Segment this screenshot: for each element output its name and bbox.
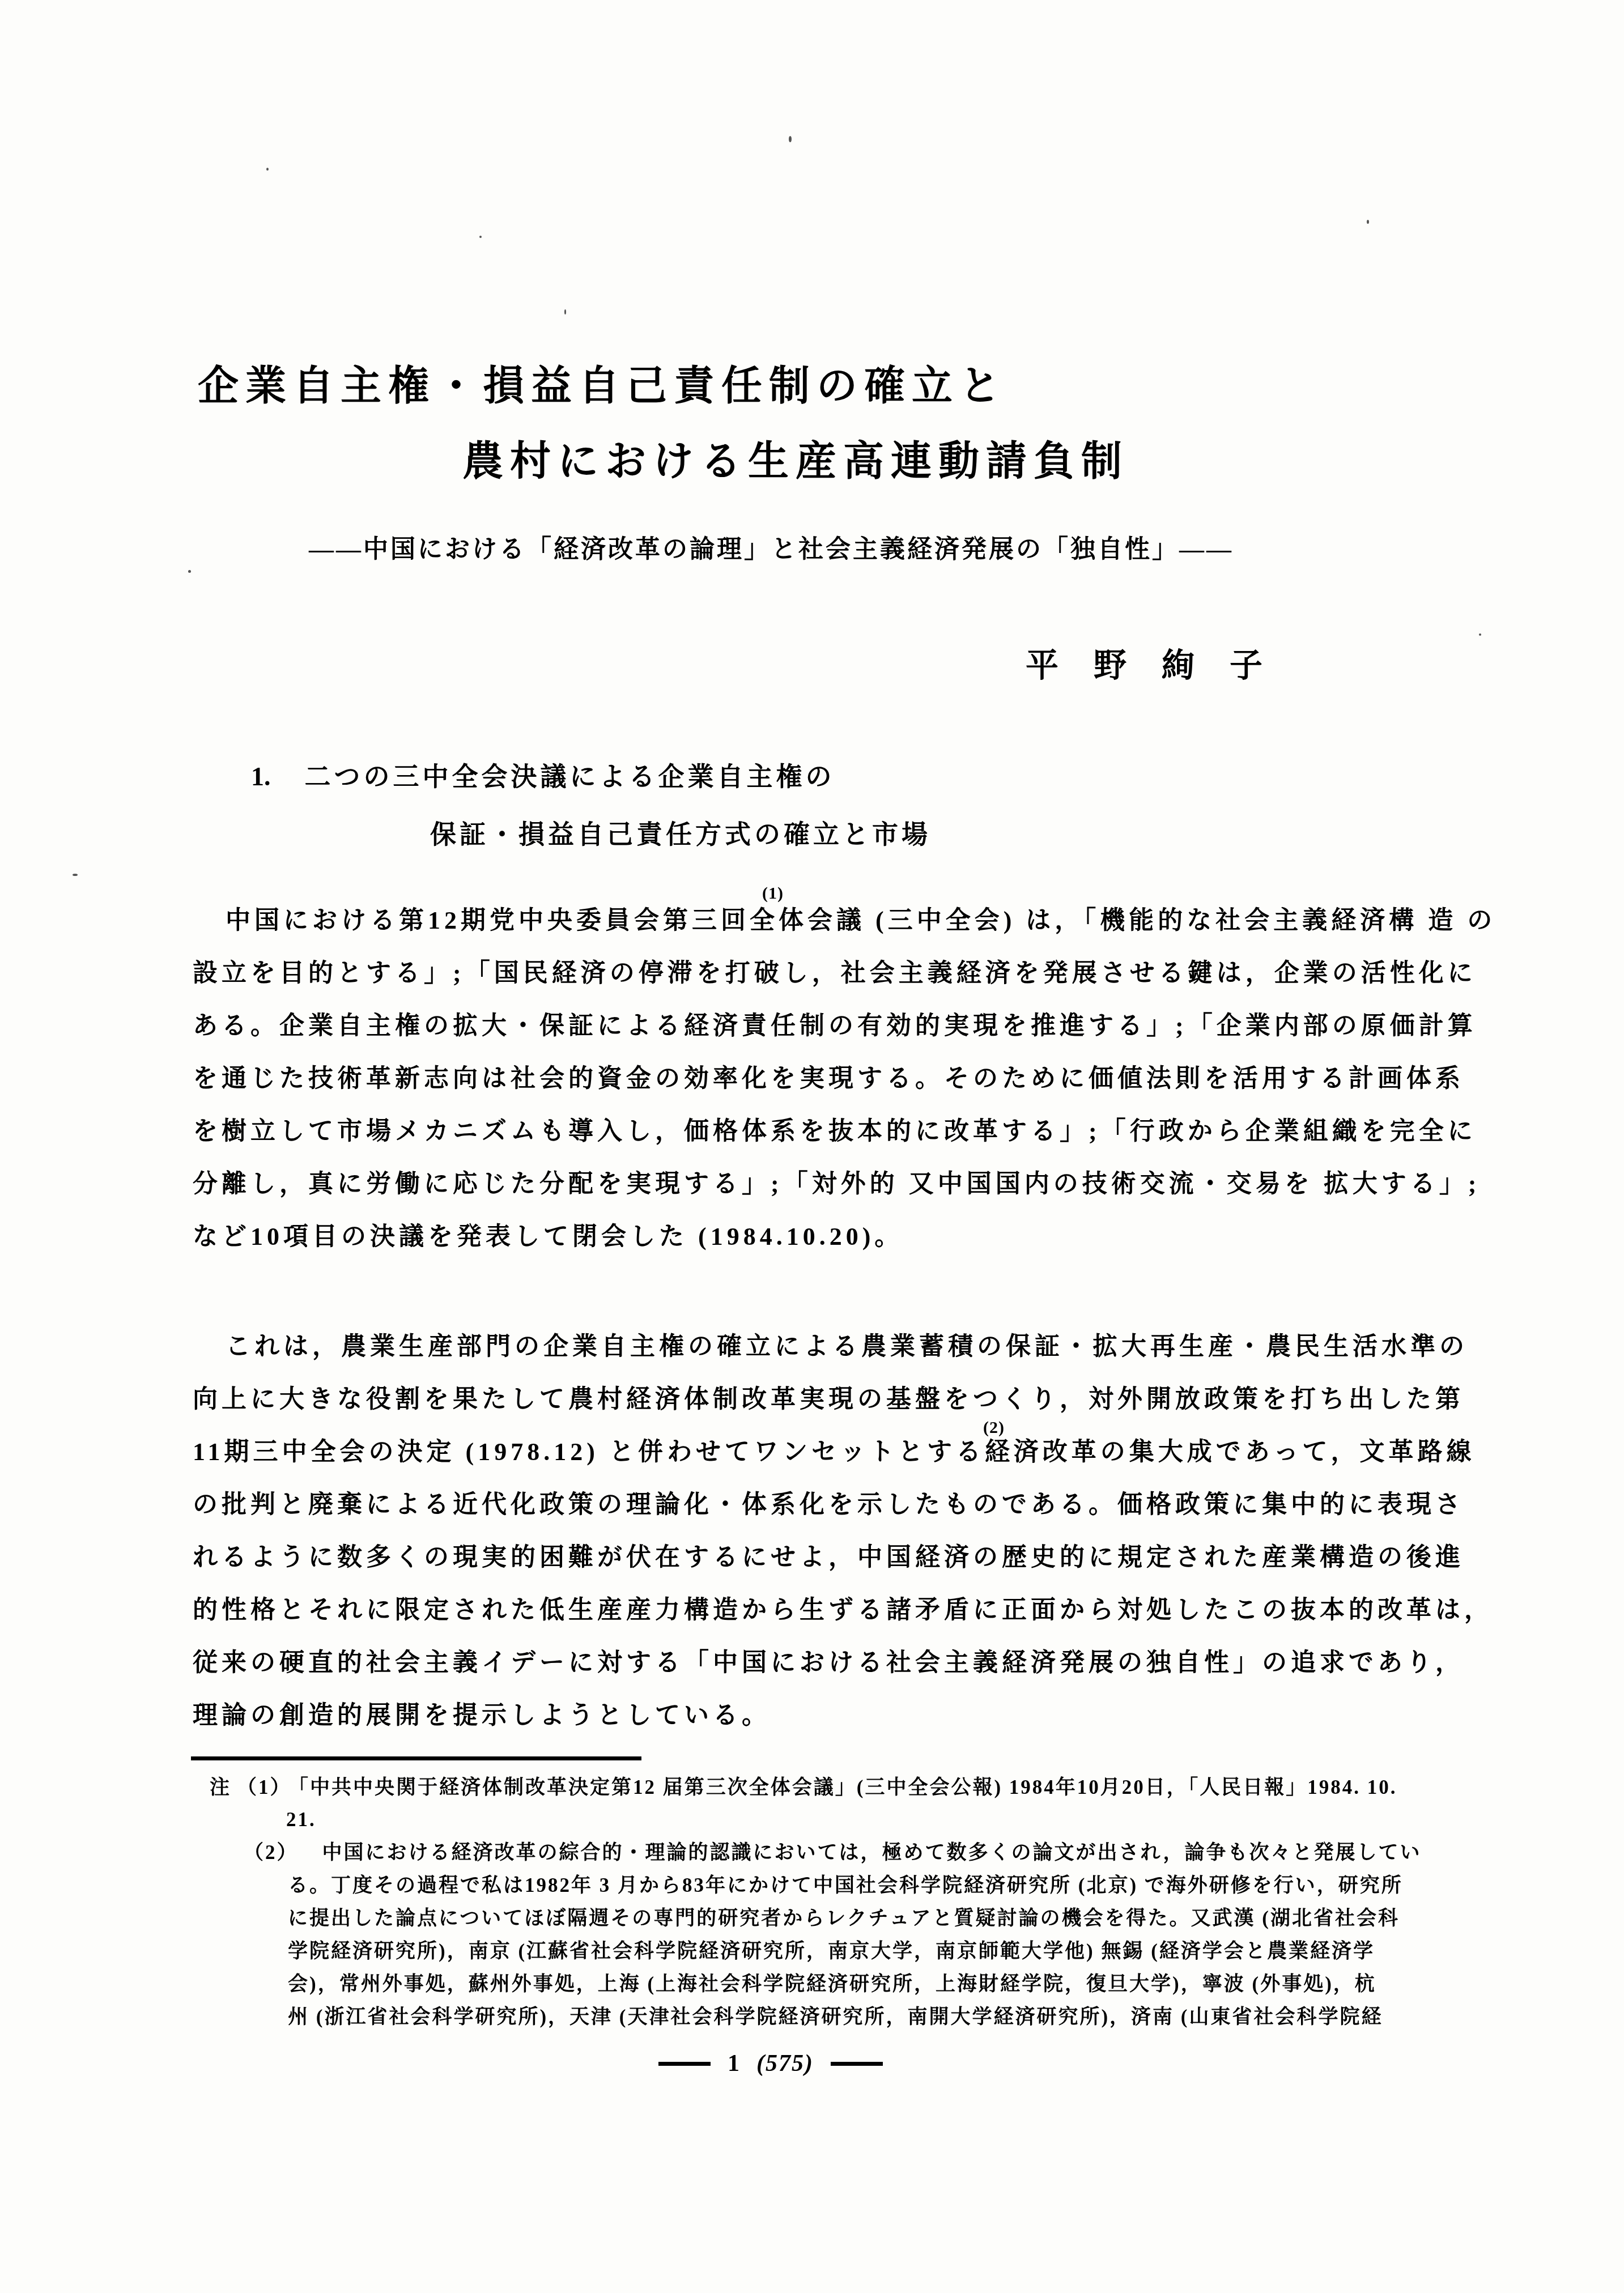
scan-speckle [73, 874, 78, 876]
body-line: 従来の硬直的社会主義イデーに対する「中国における社会主義経済発展の独自性」の追求… [193, 1650, 1464, 1675]
footnote-2-line3: に提出した論点についてほぼ隔週その専門的研究者からレクチュアと質疑討論の機会を得… [288, 1908, 1400, 1928]
footnote-label: 注 [210, 1776, 231, 1798]
footnote-2-marker: （2） [244, 1841, 299, 1864]
scan-speckle [1479, 633, 1481, 636]
body-line: れるように数多くの現実的困難が伏在するにせよ，中国経済の歴史的に規定された産業構… [193, 1545, 1464, 1570]
footnote-2-line2: る。丁度その過程で私は1982年 3 月から83年にかけて中国社会科学院経済研究… [288, 1875, 1403, 1895]
body-line: 中国における第12期党中央委員会第三回全体会議 (三中全会) は，「機能的な社会… [193, 908, 1496, 933]
body-line: を樹立して市場メカニズムも導入し，価格体系を抜本的に改革する」;「行政から企業組… [193, 1119, 1477, 1144]
footnote-1-marker: （1） [237, 1776, 292, 1798]
body-line: 設立を目的とする」;「国民経済の停滞を打破し，社会主義経済を発展させる鍵は，企業… [193, 961, 1477, 986]
page-number: 1 [728, 2052, 739, 2075]
footer-left-rule [658, 2062, 711, 2066]
page-subtitle: ――中国における「経済改革の論理」と社会主義経済発展の「独自性」―― [309, 537, 1234, 562]
author-name: 平野絢子 [1026, 649, 1298, 682]
body-line: 的性格とそれに限定された低生産産力構造から生ずる諸矛盾に正面から対処したこの抜本… [193, 1598, 1493, 1623]
footnote-1-line1: 注（1）「中共中央関于経済体制改革決定第12 届第三次全体会議」(三中全会公報)… [210, 1777, 1397, 1797]
page-title-line2: 農村における生産高連動請負制 [462, 441, 1129, 482]
footnote-2-line5: 会)，常州外事処，蘇州外事処，上海 (上海社会科学院経済研究所，上海財経学院，復… [288, 1974, 1376, 1994]
section-heading-line1: 1.二つの三中全会決議による企業自主権の [251, 764, 835, 790]
footnote-1-text: 「中共中央関于経済体制改革決定第12 届第三次全体会議」(三中全会公報) 198… [299, 1776, 1397, 1798]
body-line: など10項目の決議を発表して閉会した (1984.10.20)。 [193, 1224, 903, 1249]
body-line: これは，農業生産部門の企業自主権の確立による農業蓄積の保証・拡大再生産・農民生活… [193, 1334, 1468, 1359]
body-line: の批判と廃棄による近代化政策の理論化・体系化を示したものである。価格政策に集中的… [193, 1492, 1464, 1517]
footnote-2-line1: （2）中国における経済改革の綜合的・理論的認識においては，極めて数多くの論文が出… [244, 1843, 1422, 1862]
footnote-divider [191, 1756, 641, 1760]
footer-right-rule [831, 2062, 883, 2066]
body-line: 理論の創造的展開を提示しようとしている。 [193, 1703, 771, 1728]
scan-speckle [479, 236, 482, 238]
page-footer: 1 (575) [658, 2049, 883, 2078]
body-line: 分離し，真に労働に応じた分配を実現する」;「対外的 又中国国内の技術交流・交易を… [193, 1172, 1480, 1197]
body-line: ある。企業自主権の拡大・保証による経済責任制の有効的実現を推進する」;「企業内部… [193, 1014, 1477, 1039]
scan-speckle [564, 309, 566, 314]
scan-speckle [188, 570, 191, 573]
footnote-superscript-1: (1) [762, 885, 784, 902]
body-line: を通じた技術革新志向は社会的資金の効率化を実現する。そのために価値法則を活用する… [193, 1066, 1464, 1091]
footnote-2-line4: 学院経済研究所)，南京 (江蘇省社会科学院経済研究所，南京大学，南京師範大学他)… [288, 1941, 1375, 1961]
footnote-2-text: 中国における経済改革の綜合的・理論的認識においては，極めて数多くの論文が出され，… [322, 1841, 1422, 1864]
footnote-2-line6: 州 (浙江省社会科学研究所)，天津 (天津社会科学院経済研究所，南開大学経済研究… [288, 2007, 1383, 2027]
footnote-superscript-2: (2) [983, 1419, 1005, 1436]
volume-page-number: (575) [756, 2052, 814, 2075]
scan-speckle [1367, 220, 1369, 224]
section-number: 1. [251, 762, 271, 791]
body-line: 向上に大きな役割を果たして農村経済体制改革実現の基盤をつくり，対外開放政策を打ち… [193, 1387, 1464, 1412]
scan-speckle [789, 136, 792, 142]
footnote-1-line2: 21. [286, 1810, 316, 1830]
document-page: 企業自主権・損益自己責任制の確立と 農村における生産高連動請負制 ――中国におけ… [0, 0, 1624, 2293]
scan-speckle [266, 168, 269, 171]
section-heading-text1: 二つの三中全会決議による企業自主権の [305, 762, 835, 791]
body-line: 11期三中全会の決定 (1978.12) と併わせてワンセットとする経済改革の集… [193, 1440, 1476, 1465]
page-title-line1: 企業自主権・損益自己責任制の確立と [198, 365, 1007, 406]
section-heading-line2: 保証・損益自己責任方式の確立と市場 [430, 822, 931, 848]
